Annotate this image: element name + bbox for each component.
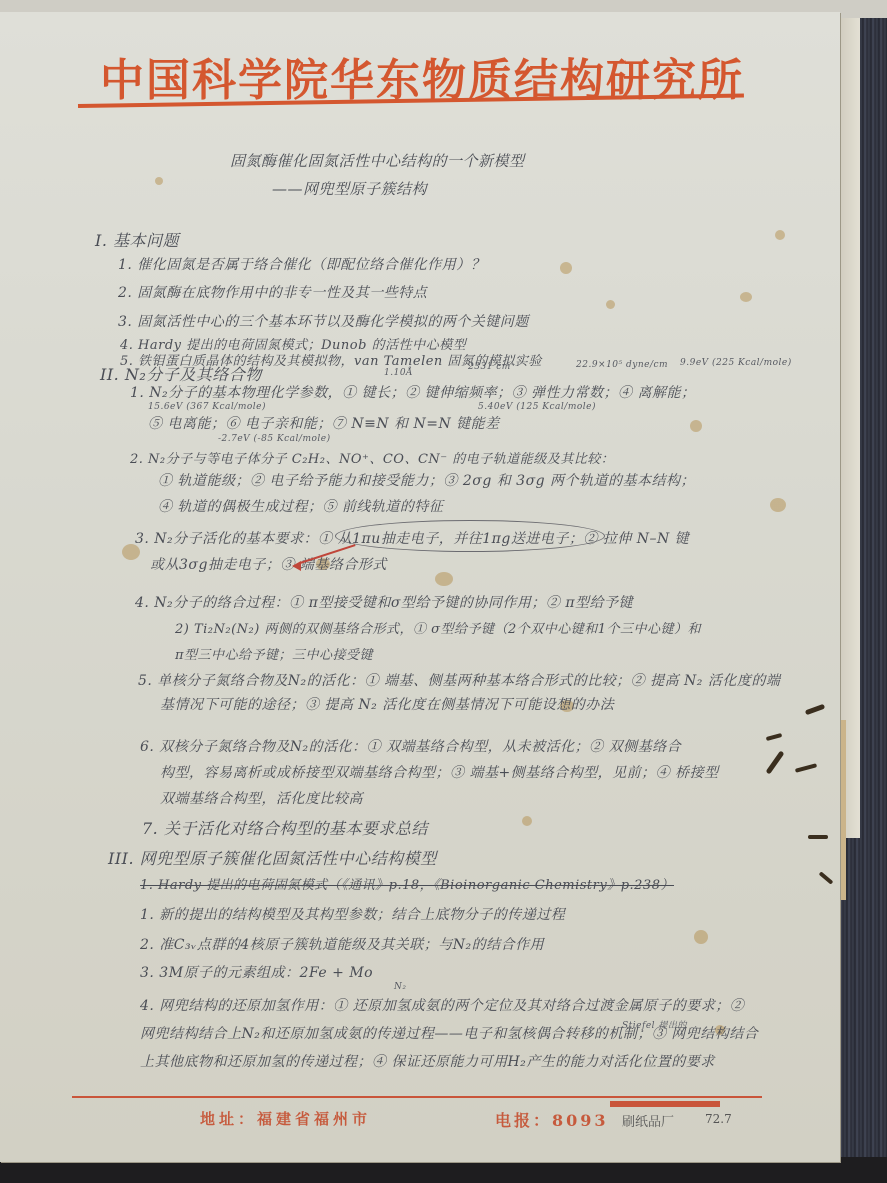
outline-item: 5. 单核分子氮络合物及N₂的活化：① 端基、侧基两种基本络合形式的比较；② 提… (138, 670, 780, 690)
footer-address: 地址：福建省福州市 (200, 1108, 371, 1129)
foxing-stain (560, 262, 572, 274)
outline-item: 双端基络合构型，活化度比较高 (160, 788, 363, 808)
footer-rule-accent (610, 1101, 720, 1107)
annotation: 22.9×10⁵ dyne/cm (576, 360, 668, 370)
outline-item: 4. N₂分子的络合过程：① π型接受键和σ型给予键的协同作用；② π型给予键 (135, 592, 633, 612)
outline-item: 3. 3M原子的元素组成：2Fe + Mo (140, 962, 373, 982)
annotation: 1.10Å (384, 368, 413, 378)
foxing-stain (155, 177, 163, 185)
outline-item: ① 轨道能级；② 电子给予能力和接受能力；③ 2σg 和 3σg 两个轨道的基本… (158, 470, 695, 490)
annotation: 9.9eV (225 Kcal/mole) (680, 358, 792, 368)
annotation: N₂ (394, 982, 406, 992)
outline-item: 3. N₂分子活化的基本要求：① 从1πu抽走电子，并往1πg送进电子；② 拉伸… (135, 528, 689, 548)
footer-date: 72.7 (705, 1112, 732, 1126)
annotation: 5.40eV (125 Kcal/mole) (478, 402, 596, 412)
foxing-stain (740, 292, 752, 302)
foxing-stain (522, 816, 532, 826)
outline-item: 3. 固氮活性中心的三个基本环节以及酶化学模拟的两个关键问题 (118, 311, 529, 331)
outline-item: 基情况下可能的途径；③ 提高 N₂ 活化度在侧基情况下可能设想的办法 (160, 694, 614, 714)
outline-item: 6. 双核分子氮络合物及N₂的活化：① 双端基络合构型，从未被活化；② 双侧基络… (140, 736, 681, 756)
outline-item: 2. 准C₃ᵥ点群的4核原子簇轨道能级及其关联；与N₂的结合作用 (140, 934, 544, 954)
outline-item: 1. 新的提出的结构模型及其构型参数；结合上底物分子的传递过程 (140, 904, 565, 924)
outline-item: 构型，容易离析或成桥接型双端基络合构型；③ 端基+侧基络合构型，见前；④ 桥接型 (160, 762, 719, 782)
outline-item: 2. N₂分子与等电子体分子 C₂H₂、NO⁺、CO、CN⁻ 的电子轨道能级及其… (130, 448, 614, 467)
outline-item: 4. 网兜结构的还原加氢作用：① 还原加氢成氨的两个定位及其对络合过渡金属原子的… (140, 992, 760, 1076)
footer-telegraph: 电报：8093 (495, 1108, 609, 1131)
annotation: 2331 cm⁻¹ (468, 362, 520, 372)
wormhole (808, 835, 828, 839)
document-subtitle: ——网兜型原子簇结构 (272, 178, 427, 199)
outline-item: ④ 轨道的偶极生成过程；⑤ 前线轨道的特征 (158, 496, 443, 516)
outline-item: 或从3σg抽走电子；③ 端基络合形式 (150, 554, 387, 574)
red-arrow-icon (292, 561, 301, 571)
annotation: 15.6eV (367 Kcal/mole) (148, 402, 266, 412)
document-title: 固氮酶催化固氮活性中心结构的一个新模型 (230, 150, 525, 171)
footer-rule (72, 1096, 762, 1098)
foxing-stain (694, 930, 708, 944)
outline-item: 2) Ti₂N₂(N₂) 两侧的双侧基络合形式，① σ型给予键（2个双中心键和1… (175, 618, 701, 637)
annotation: -2.7eV (-85 Kcal/mole) (218, 434, 331, 444)
outline-item: ⑤ 电离能；⑥ 电子亲和能；⑦ N≡N 和 N=N 键能差 (148, 413, 500, 433)
section-heading-3: III. 网兜型原子簇催化固氮活性中心结构模型 (108, 846, 437, 869)
foxing-stain (770, 498, 786, 512)
foxing-stain (775, 230, 785, 240)
outline-item: 1. 催化固氮是否属于络合催化（即配位络合催化作用）？ (118, 254, 485, 274)
foxing-stain (435, 572, 453, 586)
outline-item: 1. N₂分子的基本物理化学参数，① 键长；② 键伸缩频率；③ 弹性力常数；④ … (130, 382, 695, 402)
footer-printer: 刷纸品厂 (622, 1111, 674, 1130)
outline-item: π型三中心给予键；三中心接受键 (175, 644, 373, 663)
foxing-stain (606, 300, 615, 309)
outline-item: 7. 关于活化对络合构型的基本要求总结 (142, 816, 428, 839)
section-heading-1: I. 基本问题 (95, 228, 179, 251)
outline-item: 2. 固氮酶在底物作用中的非专一性及其一些特点 (118, 282, 427, 302)
struck-outline-item: 1. Hardy 提出的电荷固氮模式（《通讯》p.18，《Bioinorgani… (140, 874, 674, 893)
foxing-stain (690, 420, 702, 432)
